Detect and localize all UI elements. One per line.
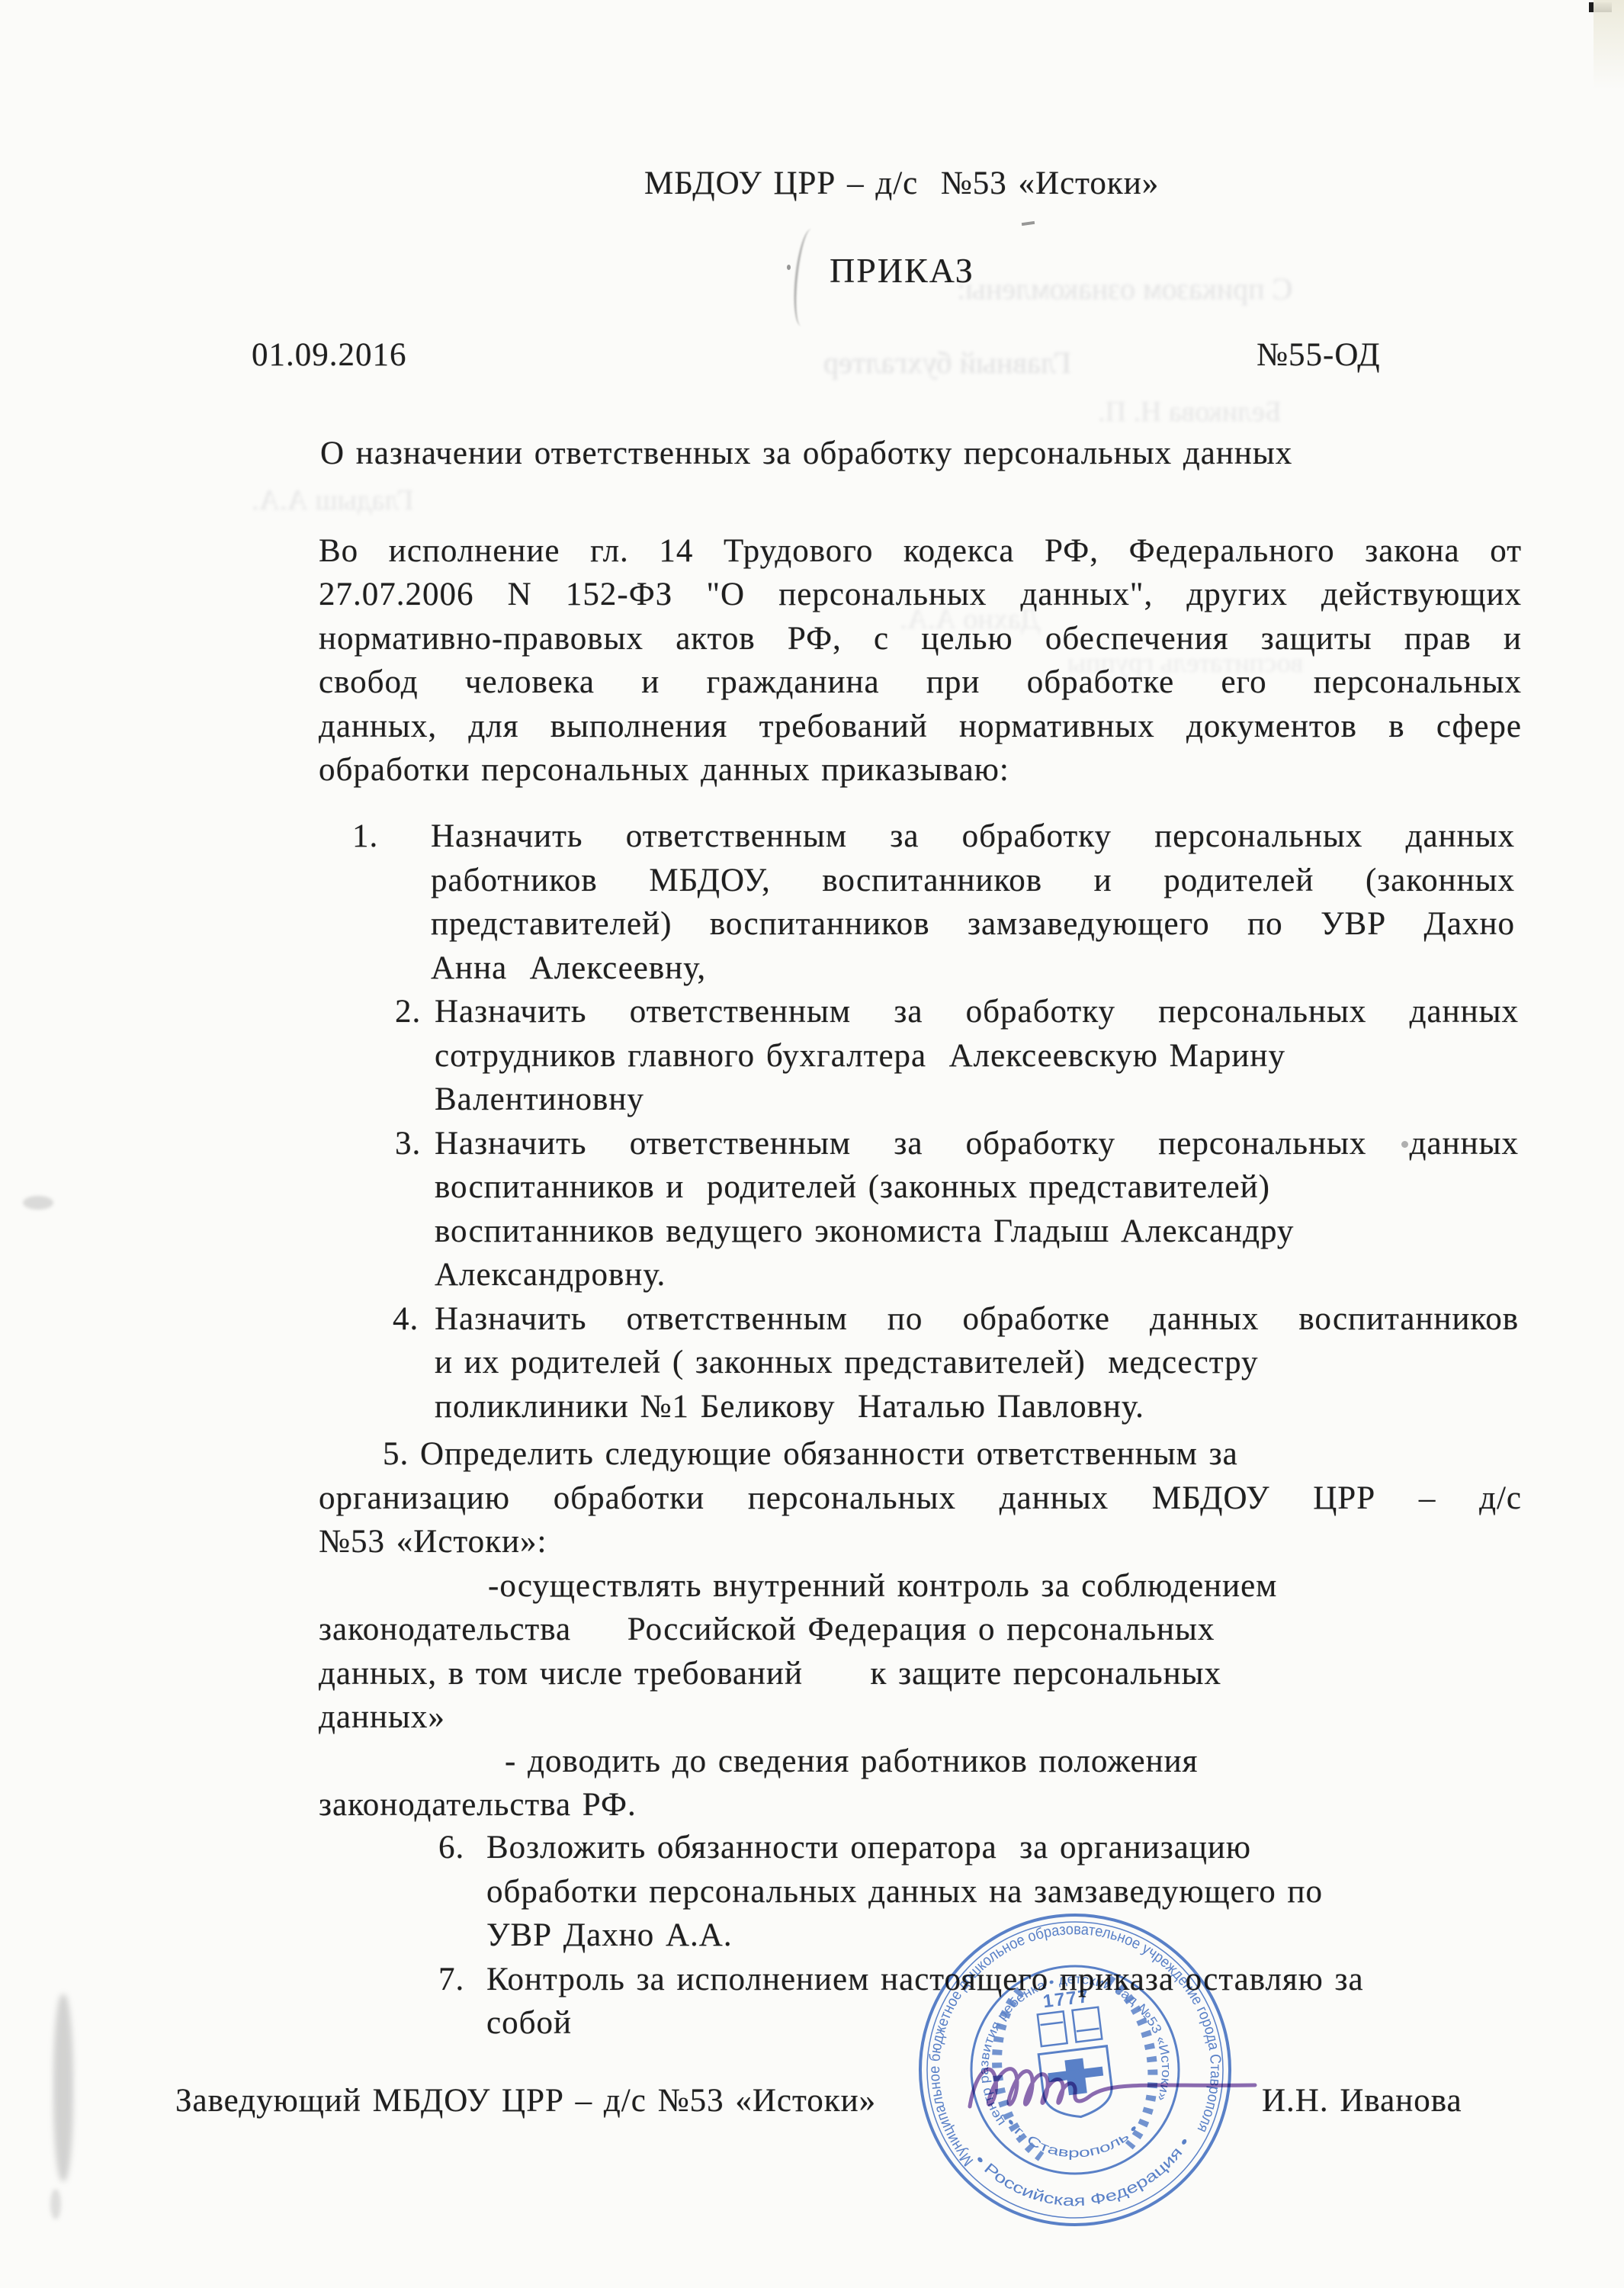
bleed-through-text: Гладыш А.А. [252,484,413,517]
list-item-number: 7. [438,1958,464,2001]
intro-line: 27.07.2006 N 152-ФЗ "О персональных данн… [319,573,1522,616]
list-item-number: 1. [352,815,378,858]
list-item-line: Анна Алексеевну, [431,946,706,990]
list-item-line: законодательства РФ. [319,1783,637,1827]
list-item-number: 2. [395,990,421,1033]
scan-smudge [53,1994,73,2181]
bleed-through-text: Главный бухгалтер [823,345,1071,381]
list-item-line: и их родителей ( законных представителей… [435,1341,1259,1384]
signature-title: Заведующий МБДОУ ЦРР – д/с №53 «Истоки» [175,2079,876,2123]
list-item-line: 5. Определить следующие обязанности отве… [383,1432,1238,1476]
list-item-line: законодательства Российской Федерация о … [319,1608,1215,1651]
scanned-order-document: С приказом ознакомлены: Главный бухгалте… [0,0,1624,2288]
signature-name: И.Н. Иванова [1262,2079,1462,2123]
dash-artifact [1022,221,1035,226]
list-item-line: Назначить ответственным за обработку пер… [431,815,1515,858]
list-item-line: воспитанников ведущего экономиста Гладыш… [435,1210,1294,1253]
dot-artifact [1401,1141,1408,1148]
intro-line: данных, для выполнения требований нормат… [319,705,1522,748]
list-item-line: Назначить ответственным за обработку пер… [435,1122,1519,1165]
list-item-line: обработки персональных данных на замзаве… [486,1870,1323,1914]
signature-autograph [959,2042,1264,2134]
bleed-through-text: Беликова Н. П. [1098,395,1282,429]
intro-line: свобод человека и гражданина при обработ… [319,660,1522,704]
pen-mark-artifact [790,228,822,327]
list-item-line: УВР Дахно А.А. [486,1914,733,1957]
bleed-through-text: С приказом ознакомлены: [957,271,1292,307]
list-item-line: организацию обработки персональных данны… [319,1477,1522,1520]
list-item-line: представителей) воспитанников замзаведую… [431,902,1515,946]
signature-stroke [970,2069,1255,2106]
list-item-line: - доводить до сведения работников положе… [505,1740,1198,1783]
intro-line: обработки персональных данных приказываю… [319,748,1009,792]
list-item-line: Возложить обязанности оператора за орган… [486,1826,1251,1869]
intro-line: нормативно-правовых актов РФ, с целью об… [319,617,1522,660]
list-item-number: 3. [395,1122,421,1165]
org-title: МБДОУ ЦРР – д/с №53 «Истоки» [644,162,1159,205]
list-item-line: данных, в том числе требований к защите … [319,1652,1221,1695]
list-item-line: сотрудников главного бухгалтера Алексеев… [435,1034,1285,1078]
list-item-line: Назначить ответственным за обработку пер… [435,990,1519,1033]
list-item-line: №53 «Истоки»: [319,1520,547,1563]
list-item-line: собой [486,2001,572,2045]
order-date: 01.09.2016 [252,333,407,377]
list-item-line: работников МБДОУ, воспитанников и родите… [431,859,1515,902]
list-item-line: Александровну. [435,1253,666,1297]
list-item-number: 6. [438,1826,464,1869]
intro-line: Во исполнение гл. 14 Трудового кодекса Р… [319,529,1522,573]
pen-mark-artifact [787,265,791,270]
list-item-line: Валентиновну [435,1078,644,1121]
list-item-line: -осуществлять внутренний контроль за соб… [488,1564,1277,1608]
scan-smudge [23,1196,53,1210]
order-number: №55-ОД [1257,333,1381,377]
document-type-heading: ПРИКАЗ [830,249,974,292]
scan-edge-tint [1594,0,1624,99]
list-item-line: данных» [319,1695,445,1739]
list-item-line: Назначить ответственным по обработке дан… [435,1297,1519,1341]
list-item-line: поликлиники №1 Беликову Наталью Павловну… [435,1385,1144,1428]
scan-smudge [50,2189,61,2219]
order-subject: О назначении ответственных за обработку … [320,432,1292,475]
list-item-number: 4. [393,1297,419,1341]
list-item-line: воспитанников и родителей (законных пред… [435,1165,1270,1209]
